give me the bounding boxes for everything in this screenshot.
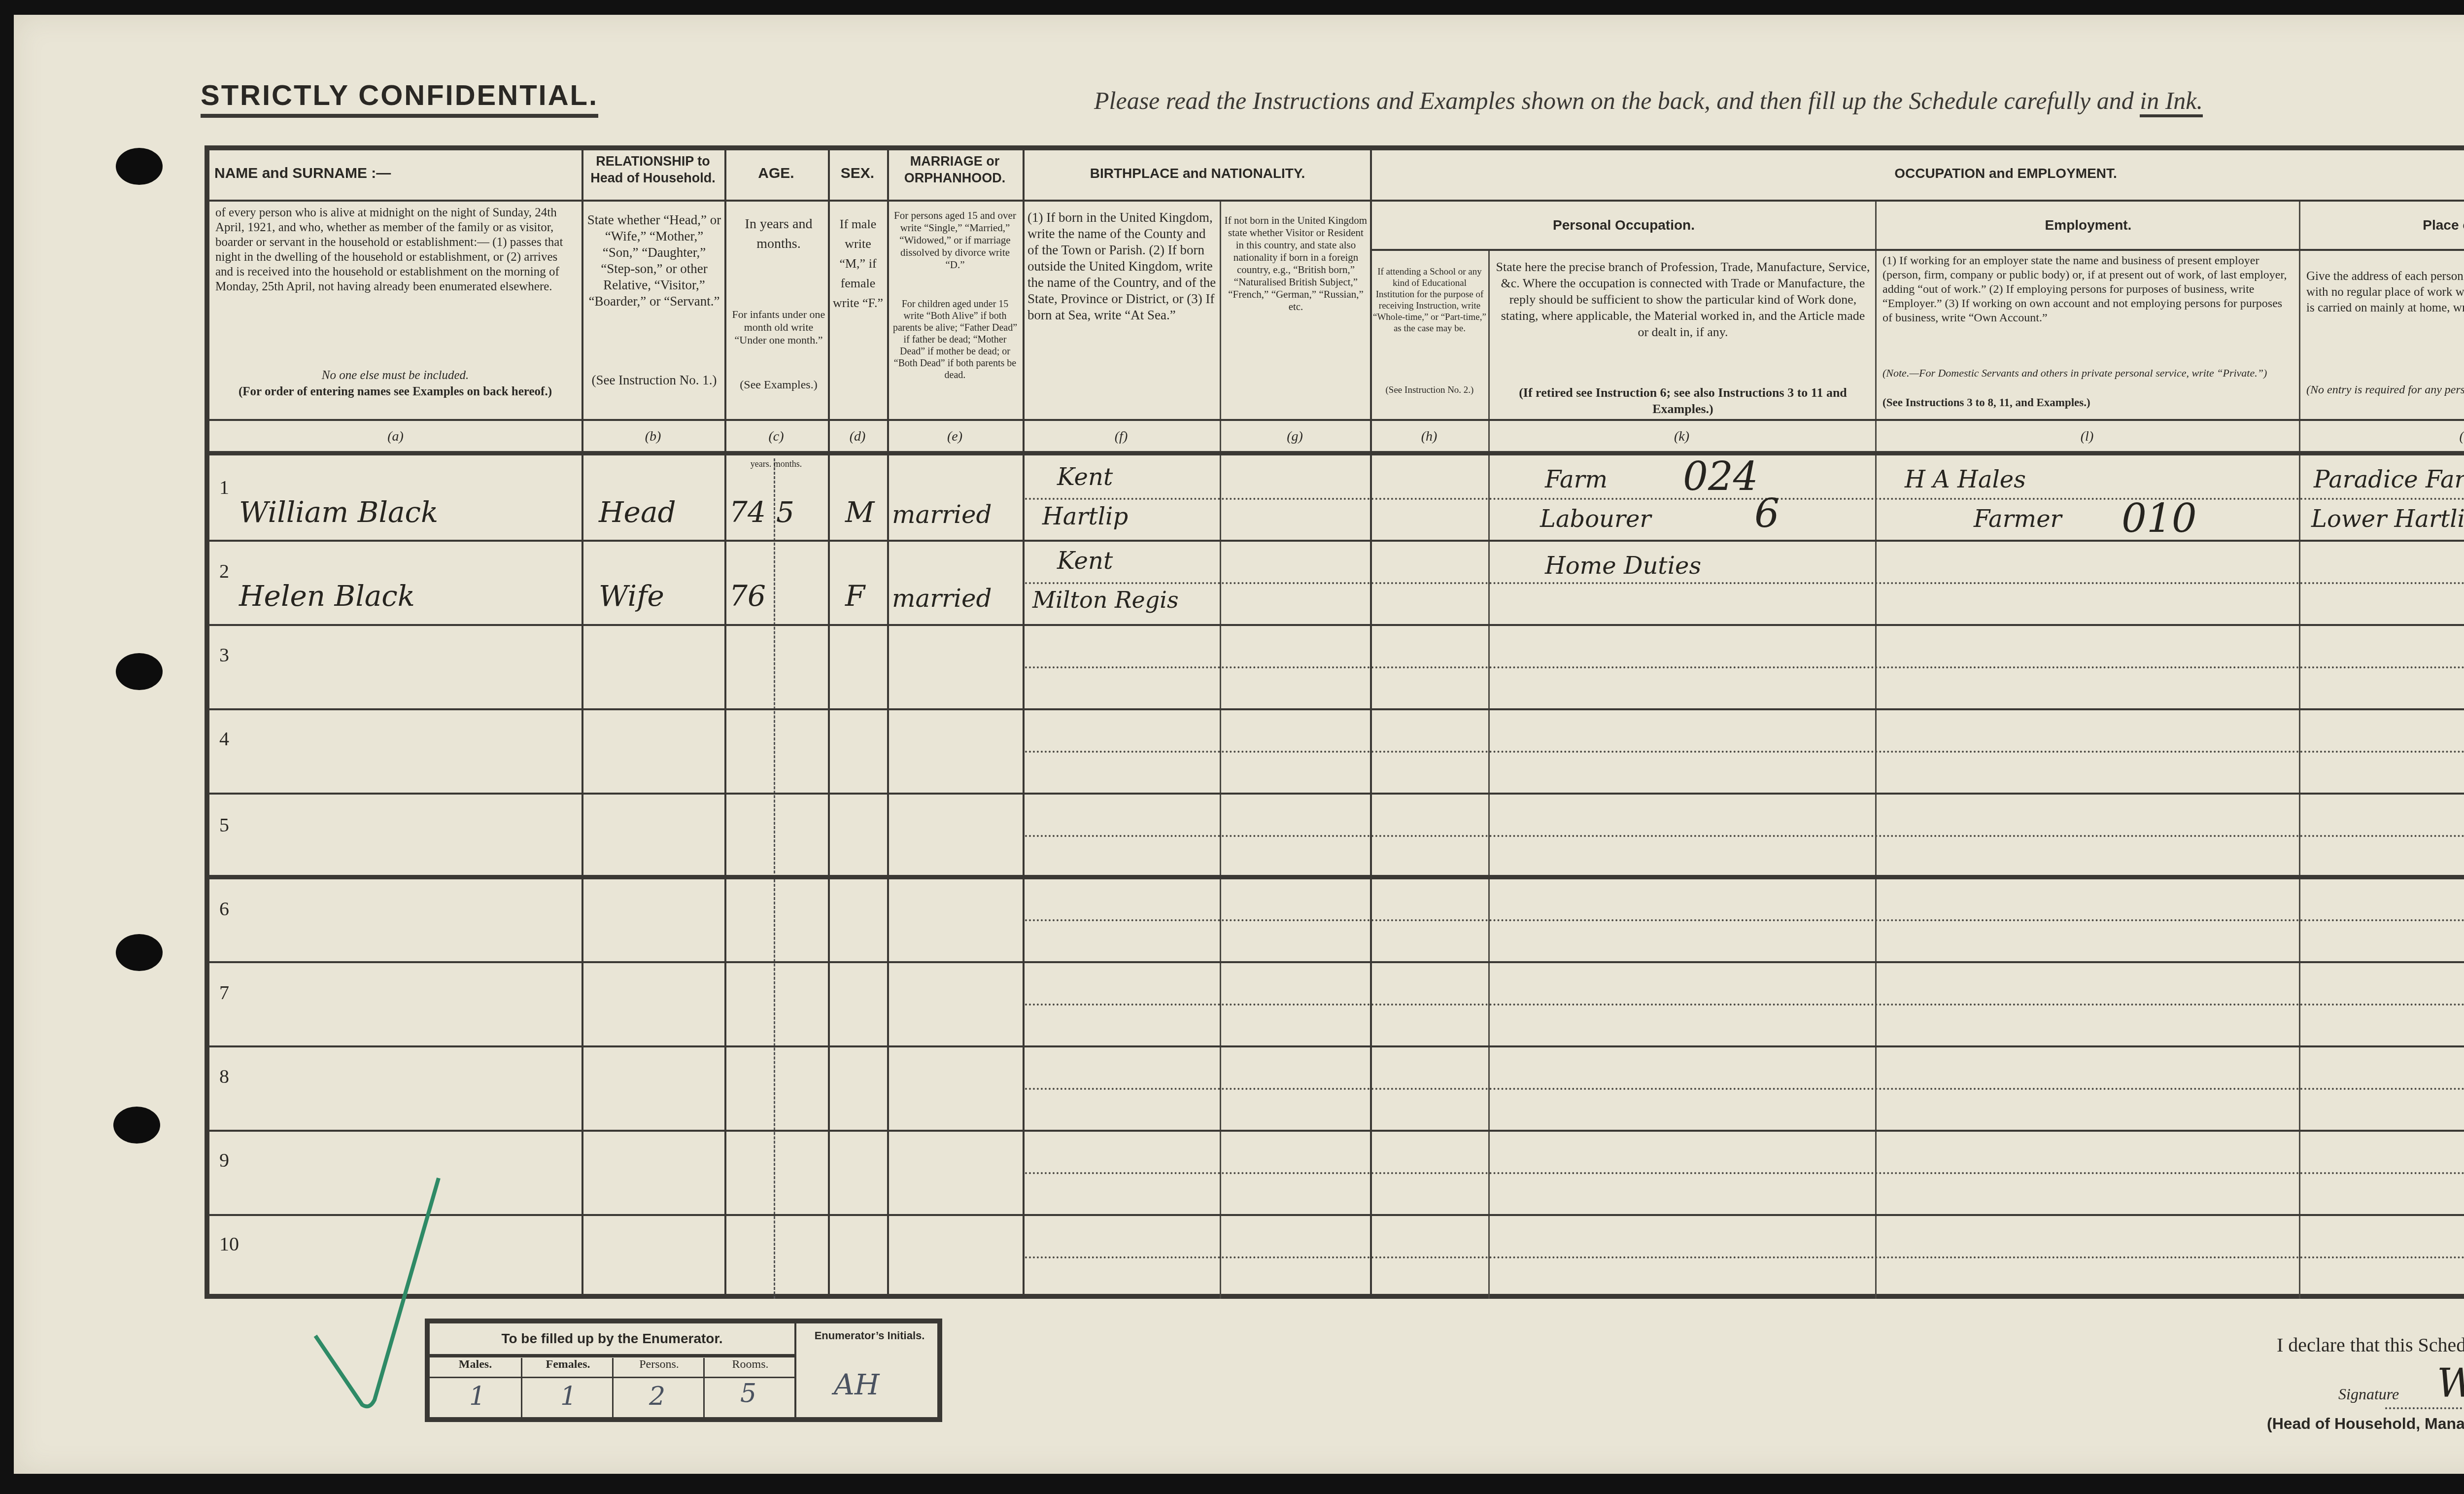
instructions-employment: (1) If working for an employer state the… [1882, 254, 2294, 325]
note-marriage: For children aged under 15 write “Both A… [890, 298, 1020, 381]
row-midline [1025, 1088, 2464, 1090]
person-sex[interactable]: M [845, 495, 874, 529]
divider-l-m [2299, 200, 2300, 1299]
heading-personal-occupation: Personal Occupation. [1372, 217, 1875, 234]
note-personal-occupation: (If retired see Instruction 6; see also … [1496, 384, 1870, 417]
note2-employment: (See Instructions 3 to 8, 11, and Exampl… [1882, 394, 2294, 411]
row-number: 2 [219, 559, 229, 583]
row-number: 7 [219, 981, 229, 1004]
punch-hole-icon [116, 934, 163, 971]
enumerator-initials[interactable]: AH [834, 1368, 879, 1401]
summary-persons-value[interactable]: 2 [649, 1382, 665, 1411]
note2-age: (See Examples.) [732, 377, 825, 393]
person-birthplace-county[interactable]: Kent [1057, 547, 1113, 575]
heading-age: AGE. [727, 165, 825, 182]
person-marriage[interactable]: married [892, 584, 992, 613]
col-label-c: (c) [724, 429, 828, 445]
col-label-d: (d) [828, 429, 887, 445]
summary-heading: To be filled up by the Enumerator. [430, 1323, 794, 1357]
declaration-text: I declare that this Schedule is correctl… [2277, 1333, 2464, 1356]
heading-birthplace: BIRTHPLACE and NATIONALITY. [1025, 165, 1370, 182]
person-birthplace-town[interactable]: Milton Regis [1032, 587, 1179, 613]
rule [209, 200, 582, 202]
summary-males-value[interactable]: 1 [469, 1382, 485, 1411]
household-schedule-table: NAME and SURNAME :— of every person who … [205, 145, 2464, 1299]
divider-g-h [1370, 150, 1372, 1299]
page-title: STRICTLY CONFIDENTIAL. [201, 79, 598, 118]
person-place-of-work[interactable]: Paradice Farm [2314, 466, 2464, 493]
age-months-subheading: months. [774, 459, 802, 469]
person-age-years[interactable]: 76 [729, 579, 766, 613]
person-place-of-work-line2[interactable]: Lower Hartlip [2311, 505, 2464, 533]
person-occupation-line1[interactable]: Farm [1545, 466, 1608, 493]
col-label-b: (b) [582, 429, 724, 445]
instruction-line: Please read the Instructions and Example… [1094, 86, 2203, 115]
rule [1370, 200, 2464, 202]
instructions-birthplace: (1) If born in the United Kingdom, write… [1027, 209, 1217, 323]
col-label-l: (l) [1875, 429, 2299, 445]
row-midline [1025, 1004, 2464, 1006]
row-rule [209, 624, 2464, 626]
divider-d-e [887, 150, 889, 1299]
rule-header-bottom [209, 451, 2464, 455]
heading-occupation-group: OCCUPATION and EMPLOYMENT. [1372, 165, 2464, 182]
row-midline [1025, 1172, 2464, 1174]
row-rule [209, 793, 2464, 795]
row-rule [209, 1130, 2464, 1132]
instructions-sex: If male write “M,” if female write “F.” [831, 214, 885, 313]
row-number: 8 [219, 1065, 229, 1088]
age-years-subheading: years. [751, 459, 771, 469]
row-midline [1025, 582, 2464, 584]
person-employer-business[interactable]: Farmer [1974, 505, 2061, 533]
person-occupation-line2[interactable]: Labourer [1540, 505, 1651, 533]
summary-rule [430, 1377, 794, 1378]
col-label-g: (g) [1220, 429, 1370, 445]
divider-f-g [1220, 200, 1221, 1299]
divider-e-f [1023, 150, 1025, 1299]
note-employment: (Note.—For Domestic Servants and others … [1882, 365, 2294, 381]
heading-sex: SEX. [830, 165, 885, 182]
row-midline [1025, 919, 2464, 921]
signature-value[interactable]: William Black [2437, 1360, 2464, 1406]
row-rule [209, 961, 2464, 963]
instructions-marriage: For persons aged 15 and over write “Sing… [890, 209, 1020, 271]
note-name: No one else must be included. [215, 367, 575, 383]
person-name[interactable]: William Black [239, 495, 438, 529]
note-relationship: (See Instruction No. 1.) [586, 372, 722, 388]
row-number: 5 [219, 813, 229, 836]
note2-name: (For order of entering names see Example… [215, 384, 575, 399]
signature-note: (Head of Household, Manager of Establish… [2267, 1415, 2464, 1433]
person-name[interactable]: Helen Black [239, 579, 415, 613]
row-number: 10 [219, 1232, 239, 1255]
divider-c-d [828, 150, 830, 1299]
col-label-h: (h) [1370, 429, 1488, 445]
person-birthplace-town[interactable]: Hartlip [1042, 503, 1128, 530]
instructions-education: If attending a School or any kind of Edu… [1372, 266, 1487, 334]
col-label-k: (k) [1488, 429, 1875, 445]
heading-place-of-work: Place of Work. [2301, 217, 2464, 234]
occupation-code-mark: 024 [1683, 453, 1758, 499]
col-label-m: (m) [2299, 429, 2464, 445]
person-age-years[interactable]: 74 [729, 495, 766, 529]
employment-code-mark: 010 [2122, 495, 2197, 541]
person-employer[interactable]: H A Hales [1905, 466, 2026, 493]
instructions-personal-occupation: State here the precise branch of Profess… [1496, 259, 1870, 340]
person-relationship[interactable]: Head [599, 495, 676, 529]
note-age: For infants under one month old write “U… [732, 308, 825, 347]
row-midline [1025, 835, 2464, 837]
heading-relationship: RELATIONSHIP to Head of Household. [584, 153, 722, 186]
person-birthplace-county[interactable]: Kent [1057, 463, 1113, 491]
punch-hole-icon [116, 148, 163, 185]
row-number: 3 [219, 643, 229, 666]
col-label-a: (a) [209, 429, 582, 445]
instructions-relationship: State whether “Head,” or “Wife,” “Mother… [586, 212, 722, 310]
row-midline [1025, 1256, 2464, 1258]
divider-h-k [1488, 249, 1490, 1299]
summary-females-value[interactable]: 1 [560, 1382, 577, 1411]
punch-hole-icon [113, 1107, 160, 1144]
row-number: 9 [219, 1148, 229, 1172]
instruction-text: Please read the Instructions and Example… [1094, 87, 2140, 114]
rule [1023, 200, 1370, 202]
rule [1370, 249, 2464, 251]
col-label-e: (e) [887, 429, 1023, 445]
row-midline [1025, 666, 2464, 668]
row-number: 6 [219, 897, 229, 920]
person-marriage[interactable]: married [892, 500, 992, 529]
note-place-of-work: (No entry is required for any person who… [2306, 382, 2464, 398]
instructions-name: of every person who is alive at midnight… [215, 206, 575, 294]
occupation-code-mark-2: 6 [1754, 490, 1780, 536]
divider-b-c [724, 150, 726, 1299]
divider-k-l [1875, 200, 1877, 1299]
rule [209, 419, 2464, 421]
summary-rooms-value[interactable]: 5 [740, 1379, 756, 1408]
person-sex[interactable]: F [845, 579, 865, 613]
person-occupation-line1[interactable]: Home Duties [1545, 552, 1701, 580]
instructions-age: In years and months. [732, 214, 825, 254]
summary-males-label: Males. [430, 1358, 521, 1371]
row-midline [1025, 751, 2464, 753]
heading-name: NAME and SURNAME :— [214, 165, 411, 182]
row-rule [209, 1045, 2464, 1047]
col-label-f: (f) [1023, 429, 1220, 445]
punch-hole-icon [116, 653, 163, 690]
person-age-months[interactable]: 5 [776, 495, 794, 529]
instructions-place-of-work: Give the address of each person’s place … [2306, 269, 2464, 316]
row-rule-thick [209, 875, 2464, 879]
row-rule [209, 1214, 2464, 1216]
signature-line [2385, 1407, 2464, 1409]
row-number: 4 [219, 727, 229, 750]
row-rule [209, 708, 2464, 710]
divider-a-b [582, 150, 583, 1299]
enumerator-summary-box: To be filled up by the Enumerator. Enume… [425, 1319, 942, 1422]
row-number: 1 [219, 476, 229, 499]
instruction-ink-emphasis: in Ink. [2140, 87, 2203, 117]
signature-label: Signature [2338, 1385, 2399, 1403]
heading-marriage: MARRIAGE or ORPHANHOOD. [890, 153, 1020, 186]
rule [582, 200, 1023, 202]
person-relationship[interactable]: Wife [599, 579, 664, 613]
note-education: (See Instruction No. 2.) [1372, 384, 1487, 396]
initials-heading: Enumerator’s Initials. [799, 1329, 940, 1342]
age-subheading: years. months. [727, 456, 825, 472]
heading-employment: Employment. [1878, 217, 2299, 234]
instructions-nationality: If not born in the United Kingdom state … [1223, 214, 1369, 313]
